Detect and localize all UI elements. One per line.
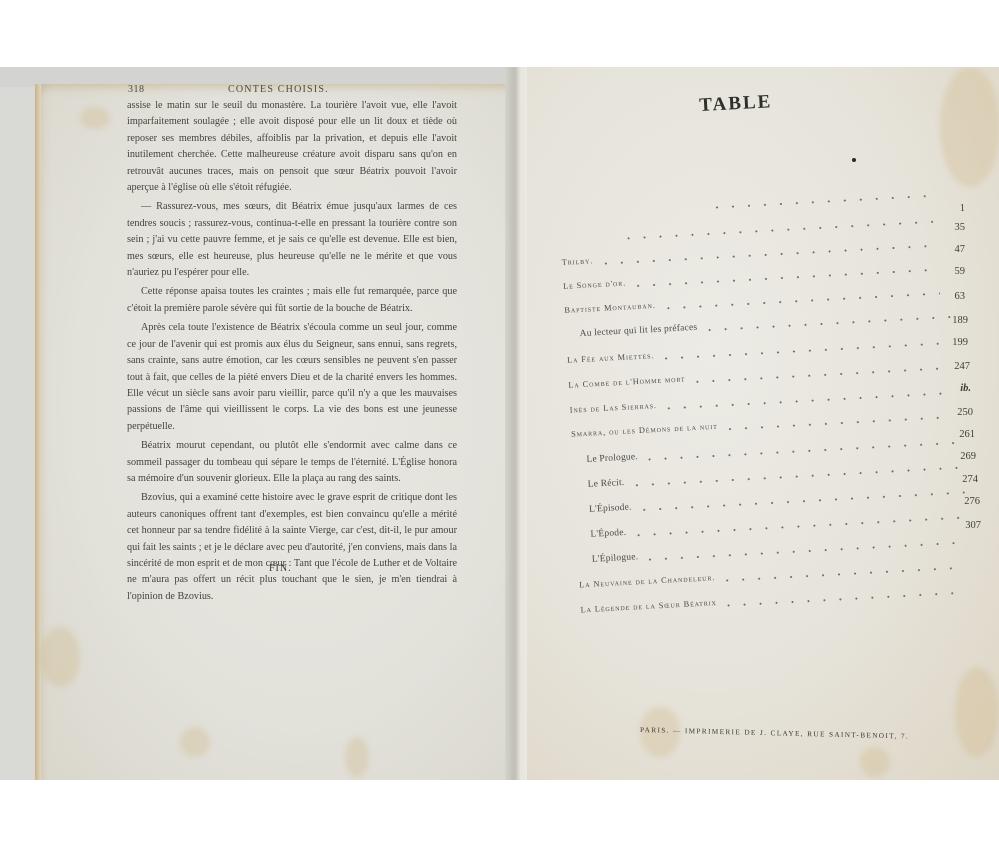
book-gutter xyxy=(505,67,527,780)
foxing-stain xyxy=(40,627,80,687)
paragraph: Béatrix mourut cependant, ou plutôt elle… xyxy=(127,438,457,487)
foxing-stain xyxy=(955,667,999,757)
toc-page-number: 307 xyxy=(941,520,981,531)
paragraph: Bzovius, qui a examiné cette histoire av… xyxy=(127,490,457,605)
foxing-stain xyxy=(940,67,999,187)
paragraph: Cette réponse apaisa toutes les craintes… xyxy=(127,284,457,317)
paragraph: assise le matin sur le seuil du monastèr… xyxy=(127,98,457,196)
toc-page-number: 189 xyxy=(928,315,968,326)
toc-page-number: 47 xyxy=(925,244,965,255)
foxing-stain xyxy=(345,737,369,777)
foxing-stain xyxy=(860,747,890,777)
toc-page-number: 1 xyxy=(925,203,965,214)
end-mark: FIN. xyxy=(269,563,292,574)
toc-page-number: 250 xyxy=(933,407,973,418)
paragraph: — Rassurez-vous, mes sœurs, dit Béatrix … xyxy=(127,199,457,281)
toc-page-number: 59 xyxy=(925,266,965,277)
toc-page-number: 261 xyxy=(935,429,975,440)
foxing-stain xyxy=(80,107,110,129)
toc-heading: TABLE xyxy=(699,91,773,117)
body-text: assise le matin sur le seuil du monastèr… xyxy=(127,98,457,605)
paragraph: Après cela toute l'existence de Béatrix … xyxy=(127,320,457,435)
toc-page-number: 199 xyxy=(928,337,968,348)
toc-page-number: 274 xyxy=(938,474,978,485)
page-number: 318 xyxy=(128,84,145,95)
toc-page-number: 269 xyxy=(936,451,976,462)
running-title: CONTES CHOISIS. xyxy=(228,84,329,95)
toc-page-number: 276 xyxy=(940,496,980,507)
toc-page-number: 35 xyxy=(925,222,965,233)
foxing-stain xyxy=(180,727,210,757)
ink-speck xyxy=(852,158,856,162)
toc-page-number: ib. xyxy=(931,383,971,394)
toc-page-number: 63 xyxy=(925,291,965,302)
left-page-edge xyxy=(35,84,41,780)
toc-page-number: 247 xyxy=(930,361,970,372)
